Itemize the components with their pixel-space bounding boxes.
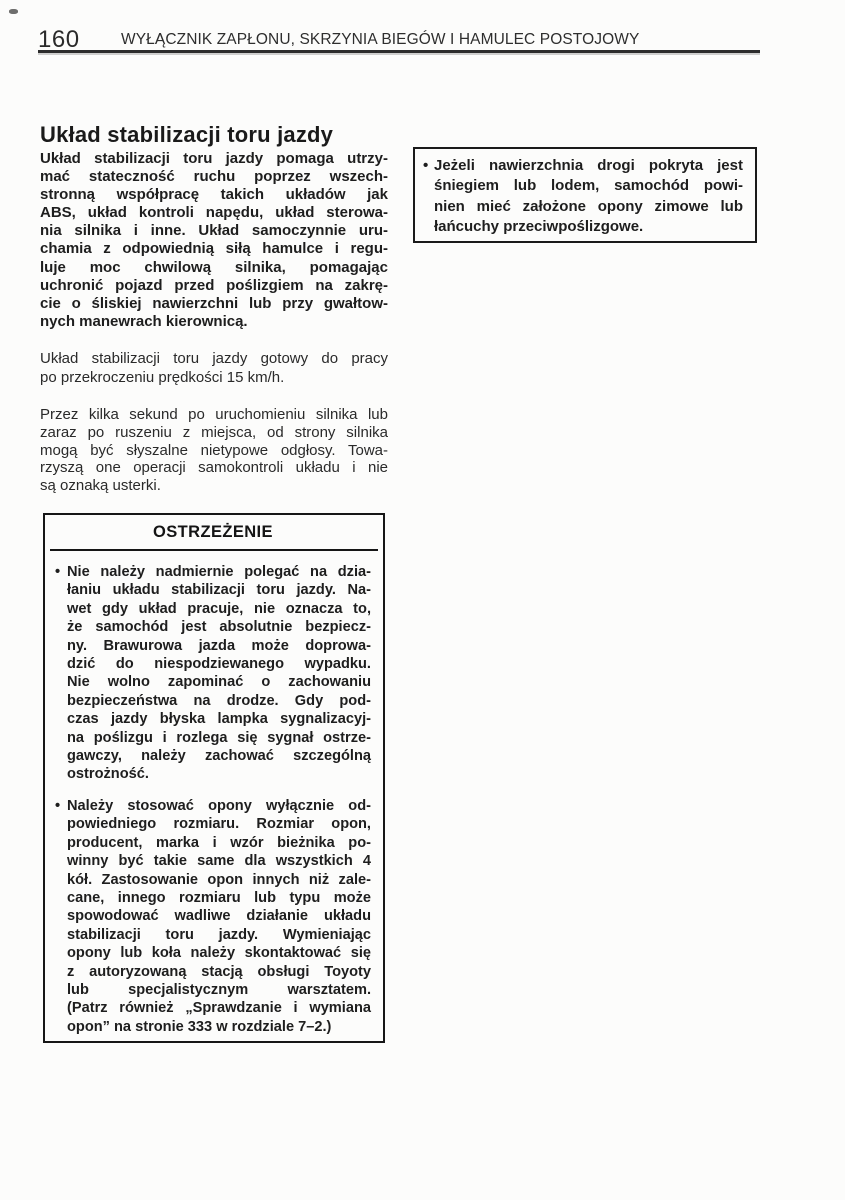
- text-line: opony lub koła należy skontaktować się: [67, 944, 371, 962]
- body-paragraph-1: Układ stabilizacji toru jazdy pomaga utr…: [40, 150, 388, 331]
- text-line: czas jazdy błyska lampka sygnalizacyj-: [67, 710, 371, 728]
- text-line: Jeżeli nawierzchnia drogi pokryta jest: [434, 156, 743, 176]
- text-line: mać stateczność ruchu poprzez wszech-: [40, 168, 388, 186]
- text-line: ABS, układ kontroli napędu, układ sterow…: [40, 204, 388, 222]
- text-line: chamia z odpowiednią siłą hamulce i regu…: [40, 240, 388, 258]
- text-line: gawczy, należy zachować szczególną: [67, 747, 371, 765]
- text-line: Nie należy nadmiernie polegać na dzia-: [67, 563, 371, 581]
- text-line: mogą być słyszalne nietypowe odgłosy. To…: [40, 442, 388, 460]
- text-line: producent, marka i wzór bieżnika po-: [67, 834, 371, 852]
- note-box: • Jeżeli nawierzchnia drogi pokryta jest…: [413, 147, 757, 243]
- text-line: lub specjalistycznym warsztatem.: [67, 981, 371, 999]
- text-line: na poślizgu i rozlega się sygnał ostrze-: [67, 729, 371, 747]
- text-line: ostrożność.: [67, 765, 371, 783]
- text-line: nia silnika i inne. Układ samoczynnie ur…: [40, 222, 388, 240]
- scan-artifact: [9, 9, 18, 14]
- text-line: ny. Brawurowa jazda może doprowa-: [67, 637, 371, 655]
- text-line: Przez kilka sekund po uruchomieniu silni…: [40, 406, 388, 424]
- text-line: stronną współpracę takich układów jak: [40, 186, 388, 204]
- text-line: dzić do niespodziewanego wypadku.: [67, 655, 371, 673]
- warning-bullet-item-1: • Nie należy nadmiernie polegać na dzia-…: [55, 563, 371, 784]
- warning-box: OSTRZEŻENIE • Nie należy nadmiernie pole…: [43, 513, 385, 1043]
- text-line: łańcuchy przeciwpoślizgowe.: [434, 217, 743, 237]
- text-line: zaraz po ruszeniu z miejsca, od strony s…: [40, 424, 388, 442]
- text-line: spowodować wadliwe działanie układu: [67, 907, 371, 925]
- text-line: rzyszą one operacji samokontroli układu …: [40, 459, 388, 477]
- text-line: wet gdy układ pracuje, nie oznacza to,: [67, 600, 371, 618]
- note-bullet-item: • Jeżeli nawierzchnia drogi pokryta jest…: [423, 156, 743, 238]
- text-line: Nie wolno zapominać o zachowaniu: [67, 673, 371, 691]
- bullet-icon: •: [423, 156, 434, 176]
- text-line: (Patrz również „Sprawdzanie i wymiana: [67, 999, 371, 1017]
- warning-bullet-item-2: • Należy stosować opony wyłącznie od- po…: [55, 797, 371, 1036]
- text-line: śniegiem lub lodem, samochód powi-: [434, 176, 743, 196]
- text-line: Układ stabilizacji toru jazdy pomaga utr…: [40, 150, 388, 168]
- note-text: Jeżeli nawierzchnia drogi pokryta jest ś…: [434, 156, 743, 238]
- text-line: są oznaką usterki.: [40, 477, 388, 495]
- warning-text-1: Nie należy nadmiernie polegać na dzia- ł…: [67, 563, 371, 784]
- text-line: z autoryzowaną stacją obsługi Toyoty: [67, 963, 371, 981]
- text-line: stabilizacji toru jazdy. Wymieniając: [67, 926, 371, 944]
- text-line: łaniu układu stabilizacji toru jazdy. Na…: [67, 581, 371, 599]
- manual-page: 160 WYŁĄCZNIK ZAPŁONU, SKRZYNIA BIEGÓW I…: [0, 0, 845, 1200]
- text-line: Należy stosować opony wyłącznie od-: [67, 797, 371, 815]
- text-line: bezpieczeństwa na drodze. Gdy pod-: [67, 692, 371, 710]
- text-line: cane, innego rozmiaru lub typu może: [67, 889, 371, 907]
- text-line: powiedniego rozmiaru. Rozmiar opon,: [67, 815, 371, 833]
- text-line: po przekroczeniu prędkości 15 km/h.: [40, 369, 388, 388]
- body-paragraph-2: Układ stabilizacji toru jazdy gotowy do …: [40, 350, 388, 387]
- text-line: opon” na stronie 333 w rozdziale 7–2.): [67, 1018, 371, 1036]
- warning-separator: [50, 549, 378, 551]
- text-line: Układ stabilizacji toru jazdy gotowy do …: [40, 350, 388, 369]
- header-title: WYŁĄCZNIK ZAPŁONU, SKRZYNIA BIEGÓW I HAM…: [121, 31, 639, 49]
- text-line: kół. Zastosowanie opon innych niż zale-: [67, 871, 371, 889]
- bullet-icon: •: [55, 563, 67, 581]
- bullet-icon: •: [55, 797, 67, 815]
- warning-title: OSTRZEŻENIE: [55, 523, 371, 542]
- text-line: nien mieć założone opony zimowe lub: [434, 197, 743, 217]
- warning-text-2: Należy stosować opony wyłącznie od- powi…: [67, 797, 371, 1036]
- text-line: luje moc chwilową silnika, pomagając: [40, 259, 388, 277]
- text-line: że samochód jest absolutnie bezpiecz-: [67, 618, 371, 636]
- text-line: nych manewrach kierownicą.: [40, 313, 388, 331]
- body-paragraph-3: Przez kilka sekund po uruchomieniu silni…: [40, 406, 388, 495]
- text-line: cie o śliskiej nawierzchni lub przy gwał…: [40, 295, 388, 313]
- section-title: Układ stabilizacji toru jazdy: [40, 122, 333, 148]
- text-line: uchronić pojazd przed poślizgiem na zakr…: [40, 277, 388, 295]
- header-rule: [38, 50, 760, 53]
- text-line: winny być takie same dla wszystkich 4: [67, 852, 371, 870]
